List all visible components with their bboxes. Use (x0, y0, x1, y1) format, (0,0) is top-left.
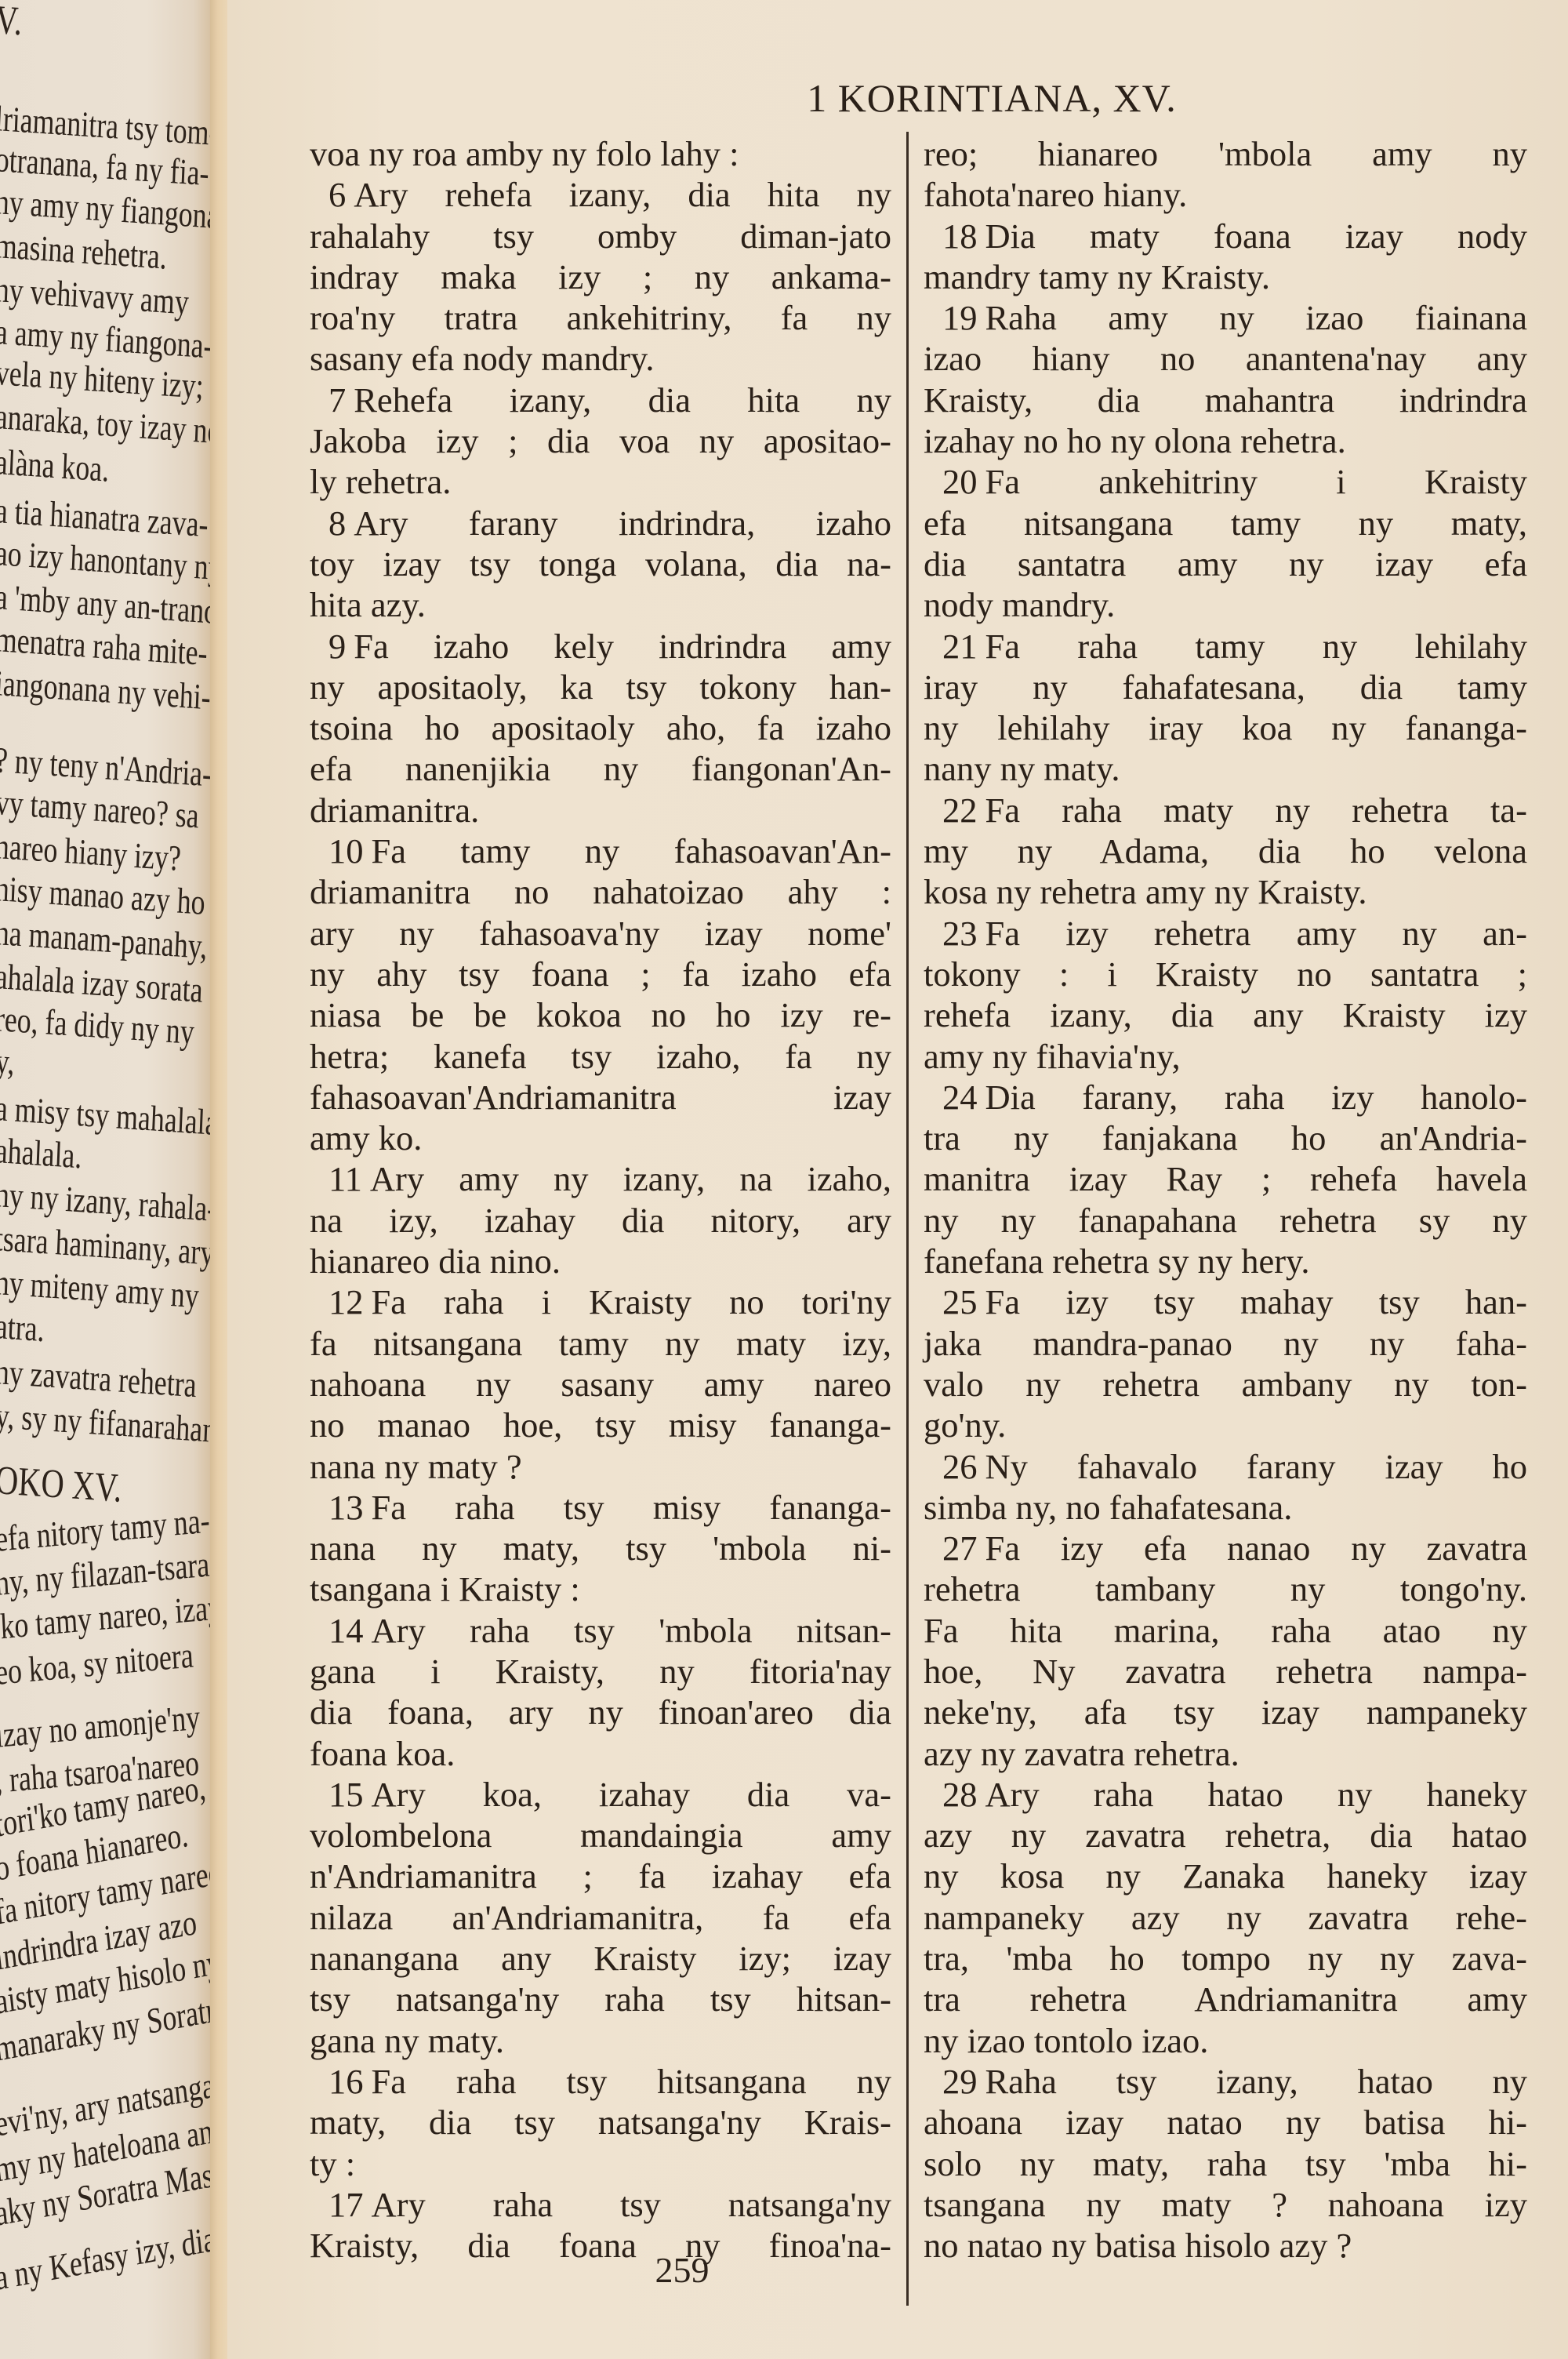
facing-page-line: anaraka, toy izay no (0, 398, 210, 449)
text-line: valo ny rehetra ambany ny ton- (924, 1364, 1527, 1405)
line-text: Fa hita marina, raha atao ny (924, 1611, 1527, 1650)
verse-start-line: 19Raha amy ny izao fiainana (924, 297, 1527, 338)
line-text: Fa izy tsy mahay tsy han- (985, 1282, 1528, 1321)
line-text: nilaza an'Andriamanitra, fa efa (310, 1898, 891, 1937)
text-line: reo; hianareo 'mbola amy ny (924, 133, 1527, 174)
text-line: dia foana, ary ny finoan'areo dia (310, 1692, 891, 1732)
text-line: nody mandry. (924, 584, 1527, 625)
verse-number: 20 (942, 462, 978, 501)
text-line: hianareo dia nino. (310, 1241, 891, 1281)
verse-number: 27 (942, 1528, 978, 1568)
line-text: Ary farany indrindra, izaho (354, 503, 891, 543)
line-text: amy ko. (310, 1118, 422, 1158)
line-text: driamanitra. (310, 791, 479, 830)
line-text: fahota'nareo hiany. (924, 175, 1187, 214)
text-line: efa nitsangana tamy ny maty, (924, 503, 1527, 543)
right-text-column: reo; hianareo 'mbola amy nyfahota'nareo … (924, 133, 1527, 2266)
line-text: fanefana rehetra sy ny hery. (924, 1241, 1310, 1281)
verse-start-line: 20Fa ankehitriny i Kraisty (924, 461, 1527, 502)
text-line: manitra izay Ray ; rehefa havela (924, 1158, 1527, 1199)
line-text: kosa ny rehetra amy ny Kraisty. (924, 872, 1367, 911)
line-text: Fa izy efa nanao ny zavatra (985, 1528, 1528, 1568)
line-text: ny izao tontolo izao. (924, 2021, 1208, 2060)
verse-number: 25 (942, 1282, 978, 1321)
verse-start-line: 12Fa raha i Kraisty no tori'ny (310, 1281, 891, 1322)
text-line: my ny Adama, dia ho velona (924, 831, 1527, 871)
line-text: n'Andriamanitra ; fa izahay efa (310, 1856, 891, 1896)
verse-start-line: 11Ary amy ny izany, na izaho, (310, 1158, 891, 1199)
facing-page-line: iangonana ny vehi- (0, 665, 210, 715)
line-text: Jakoba izy ; dia voa ny apositao- (310, 421, 891, 460)
verse-start-line: 9Fa izaho kely indrindra amy (310, 626, 891, 667)
verse-number: 15 (328, 1775, 364, 1814)
line-text: ny apositaoly, ka tsy tokony han- (310, 667, 891, 707)
verse-start-line: 17Ary raha tsy natsanga'ny (310, 2184, 891, 2225)
text-line: azy ny zavatra rehetra, dia hatao (924, 1815, 1527, 1856)
verse-start-line: 6Ary rehefa izany, dia hita ny (310, 174, 891, 215)
text-line: no natao ny batisa hisolo azy ? (924, 2225, 1527, 2266)
verse-start-line: 23Fa izy rehetra amy ny an- (924, 913, 1527, 954)
line-text: voa ny roa amby ny folo lahy : (310, 134, 739, 173)
facing-page-line: V. (0, 0, 23, 42)
verse-number: 17 (328, 2185, 364, 2224)
line-text: amy ny fihavia'ny, (924, 1037, 1181, 1076)
text-line: rahalahy tsy omby diman-jato (310, 216, 891, 256)
text-line: nany ny maty. (924, 748, 1527, 789)
line-text: tsoina ho apositaoly aho, fa izaho (310, 708, 891, 747)
verse-number: 14 (328, 1611, 364, 1650)
line-text: ny ahy tsy foana ; fa izaho efa (310, 954, 891, 994)
text-line: volombelona mandaingia amy (310, 1815, 891, 1856)
text-line: tokony : i Kraisty no santatra ; (924, 954, 1527, 994)
line-text: Ary raha hatao ny haneky (985, 1775, 1528, 1814)
text-line: izao hiany no anantena'nay any (924, 338, 1527, 379)
text-line: tra rehetra Andriamanitra amy (924, 1979, 1527, 2019)
page-number: 259 (564, 2249, 800, 2291)
line-text: fa nitsangana tamy ny maty izy, (310, 1324, 891, 1363)
verse-number: 7 (328, 380, 346, 420)
line-text: rahalahy tsy omby diman-jato (310, 216, 891, 256)
line-text: nahoana ny sasany amy nareo (310, 1365, 891, 1404)
line-text: efa nitsangana tamy ny maty, (924, 503, 1527, 543)
line-text: indray maka izy ; ny ankama- (310, 257, 891, 296)
text-line: foana koa. (310, 1733, 891, 1774)
line-text: sasany efa nody mandry. (310, 339, 655, 378)
line-text: Fa raha tsy hitsangana ny (372, 2062, 892, 2101)
line-text: gana ny maty. (310, 2021, 504, 2060)
line-text: rehetra tambany ny tongo'ny. (924, 1569, 1527, 1608)
verse-number: 16 (328, 2062, 364, 2101)
line-text: Fa raha tamy ny lehilahy (985, 627, 1528, 666)
text-line: tra, 'mba ho tompo ny ny zava- (924, 1938, 1527, 1979)
line-text: niasa be be kokoa no ho izy re- (310, 995, 891, 1034)
line-text: ny kosa ny Zanaka haneky izay (924, 1856, 1527, 1896)
text-line: roa'ny tratra ankehitriny, fa ny (310, 297, 891, 338)
line-text: toy izay tsy tonga volana, dia na- (310, 544, 891, 583)
text-line: jaka mandra-panao ny ny faha- (924, 1323, 1527, 1364)
verse-start-line: 21Fa raha tamy ny lehilahy (924, 626, 1527, 667)
text-line: ny lehilahy iray koa ny fananga- (924, 707, 1527, 748)
line-text: Ary amy ny izany, na izaho, (370, 1159, 891, 1198)
line-text: foana koa. (310, 1734, 455, 1773)
facing-page-line: eo koa, sy nitoera (0, 1637, 194, 1691)
line-text: tsy natsanga'ny raha tsy hitsan- (310, 1979, 891, 2019)
text-line: Kraisty, dia mahantra indrindra (924, 380, 1527, 420)
line-text: efa nanenjikia ny fiangonan'An- (310, 749, 891, 788)
line-text: ty : (310, 2144, 355, 2183)
text-line: izahay no ho ny olona rehetra. (924, 420, 1527, 461)
text-line: rehetra tambany ny tongo'ny. (924, 1568, 1527, 1609)
line-text: hoe, Ny zavatra rehetra nampa- (924, 1652, 1527, 1691)
text-line: go'ny. (924, 1405, 1527, 1445)
text-line: ly rehetra. (310, 461, 891, 502)
line-text: hianareo dia nino. (310, 1241, 561, 1281)
text-line: driamanitra. (310, 790, 891, 831)
facing-page-line: vy tamy nareo? sa (0, 784, 200, 834)
line-text: my ny Adama, dia ho velona (924, 831, 1527, 871)
verse-start-line: 10Fa tamy ny fahasoavan'An- (310, 831, 891, 871)
line-text: Rehefa izany, dia hita ny (354, 380, 891, 420)
text-line: n'Andriamanitra ; fa izahay efa (310, 1856, 891, 1896)
line-text: ahoana izay natao ny batisa hi- (924, 2103, 1527, 2142)
line-text: nampaneky azy ny zavatra rehe- (924, 1898, 1527, 1937)
line-text: dia foana, ary ny finoan'areo dia (310, 1692, 891, 1732)
verse-number: 18 (942, 216, 978, 256)
verse-number: 29 (942, 2062, 978, 2101)
text-line: nana ny maty, tsy 'mbola ni- (310, 1528, 891, 1568)
line-text: Kraisty, dia mahantra indrindra (924, 380, 1527, 420)
line-text: rehefa izany, dia any Kraisty izy (924, 995, 1527, 1034)
text-line: nana ny maty ? (310, 1446, 891, 1487)
facing-page-line: y, sy ny fifanarahana (0, 1398, 210, 1449)
line-text: jaka mandra-panao ny ny faha- (924, 1324, 1527, 1363)
text-line: dia santatra amy ny izay efa (924, 543, 1527, 584)
text-line: ty : (310, 2143, 891, 2184)
line-text: nany ny maty. (924, 749, 1120, 788)
text-line: simba ny, no fahafatesana. (924, 1487, 1527, 1528)
verse-start-line: 16Fa raha tsy hitsangana ny (310, 2061, 891, 2102)
text-line: tsangana ny maty ? nahoana izy (924, 2184, 1527, 2225)
text-line: indray maka izy ; ny ankama- (310, 256, 891, 297)
line-text: Fa raha i Kraisty no tori'ny (372, 1282, 892, 1321)
facing-page-line: ny zavatra rehetra (0, 1354, 198, 1403)
text-line: azy ny zavatra rehetra. (924, 1733, 1527, 1774)
line-text: Ny fahavalo farany izay ho (985, 1447, 1528, 1486)
line-text: simba ny, no fahafatesana. (924, 1488, 1292, 1527)
facing-page-line: y, (0, 1043, 15, 1081)
column-divider-rule (906, 132, 909, 2306)
line-text: no natao ny batisa hisolo azy ? (924, 2226, 1352, 2265)
verse-number: 21 (942, 627, 978, 666)
line-text: Fa tamy ny fahasoavan'An- (372, 831, 892, 871)
verse-start-line: 28Ary raha hatao ny haneky (924, 1774, 1527, 1815)
line-text: tokony : i Kraisty no santatra ; (924, 954, 1527, 994)
text-line: efa nanenjikia ny fiangonan'An- (310, 748, 891, 789)
line-text: ny lehilahy iray koa ny fananga- (924, 708, 1527, 747)
text-line: kosa ny rehetra amy ny Kraisty. (924, 871, 1527, 912)
line-text: neke'ny, afa tsy izay nampaneky (924, 1692, 1527, 1732)
running-head: 1 KORINTIANA, XV. (227, 75, 1568, 121)
text-line: amy ny fihavia'ny, (924, 1036, 1527, 1077)
line-text: ny ny fanapahana rehetra sy ny (924, 1201, 1527, 1240)
line-text: na izy, izahay dia nitory, ary (310, 1201, 891, 1240)
line-text: Dia maty foana izay nody (985, 216, 1528, 256)
line-text: dia santatra amy ny izay efa (924, 544, 1527, 583)
text-line: neke'ny, afa tsy izay nampaneky (924, 1692, 1527, 1732)
verse-start-line: 7Rehefa izany, dia hita ny (310, 380, 891, 420)
text-line: Jakoba izy ; dia voa ny apositao- (310, 420, 891, 461)
line-text: Raha amy ny izao fiainana (985, 298, 1528, 337)
text-line: ahoana izay natao ny batisa hi- (924, 2102, 1527, 2143)
line-text: Fa raha maty ny rehetra ta- (985, 791, 1528, 830)
line-text: go'ny. (924, 1405, 1006, 1445)
line-text: nanangana any Kraisty izy; izay (310, 1939, 891, 1978)
line-text: Fa raha tsy misy fananga- (372, 1488, 892, 1527)
line-text: ly rehetra. (310, 462, 451, 501)
line-text: tra ny fanjakana ho an'Andria- (924, 1118, 1527, 1158)
facing-page-line: nisy manao azy ho (0, 871, 206, 921)
text-line: ary ny fahasoava'ny izay nome' (310, 913, 891, 954)
line-text: reo; hianareo 'mbola amy ny (924, 134, 1527, 173)
text-line: ny ny fanapahana rehetra sy ny (924, 1200, 1527, 1241)
verse-start-line: 14Ary raha tsy 'mbola nitsan- (310, 1610, 891, 1651)
facing-page-partial: V.lriamanitra tsy tom-otranana, fa ny fi… (0, 0, 210, 2359)
facing-page-line: ahalala. (0, 1132, 82, 1174)
verse-number: 10 (328, 831, 364, 871)
verse-number: 26 (942, 1447, 978, 1486)
verse-number: 9 (328, 627, 346, 666)
facing-page-line: masina rehetra. (0, 227, 168, 275)
line-text: Ary rehefa izany, dia hita ny (354, 175, 891, 214)
text-line: nilaza an'Andriamanitra, fa efa (310, 1897, 891, 1938)
text-line: nahoana ny sasany amy nareo (310, 1364, 891, 1405)
line-text: tra, 'mba ho tompo ny ny zava- (924, 1939, 1527, 1978)
text-line: ny kosa ny Zanaka haneky izay (924, 1856, 1527, 1896)
text-line: sasany efa nody mandry. (310, 338, 891, 379)
line-text: Ary koa, izahay dia va- (372, 1775, 892, 1814)
facing-page-line: ny miteny amy ny (0, 1264, 200, 1314)
verse-start-line: 18Dia maty foana izay nody (924, 216, 1527, 256)
verse-start-line: 24Dia farany, raha izy hanolo- (924, 1077, 1527, 1118)
verse-start-line: 26Ny fahavalo farany izay ho (924, 1446, 1527, 1487)
line-text: izao hiany no anantena'nay any (924, 339, 1527, 378)
line-text: hita azy. (310, 585, 426, 624)
verse-number: 28 (942, 1775, 978, 1814)
text-line: gana i Kraisty, ny fitoria'nay (310, 1651, 891, 1692)
text-line: tsy natsanga'ny raha tsy hitsan- (310, 1979, 891, 2019)
text-line: toy izay tsy tonga volana, dia na- (310, 543, 891, 584)
book-gutter (210, 0, 227, 2359)
verse-number: 22 (942, 791, 978, 830)
verse-start-line: 29Raha tsy izany, hatao ny (924, 2061, 1527, 2102)
facing-page-line: na manam-panahy, (0, 914, 208, 965)
line-text: azy ny zavatra rehetra, dia hatao (924, 1816, 1527, 1855)
text-line: maty, dia tsy natsanga'ny Krais- (310, 2102, 891, 2143)
text-line: no manao hoe, tsy misy fananga- (310, 1405, 891, 1445)
text-line: tsangana i Kraisty : (310, 1568, 891, 1609)
text-line: Fa hita marina, raha atao ny (924, 1610, 1527, 1651)
facing-page-line: tsara haminany, ary (0, 1220, 210, 1271)
line-text: Dia farany, raha izy hanolo- (985, 1078, 1528, 1117)
verse-number: 12 (328, 1282, 364, 1321)
line-text: Fa ankehitriny i Kraisty (985, 462, 1528, 501)
main-page: 1 KORINTIANA, XV. voa ny roa amby ny fol… (227, 0, 1568, 2359)
text-line: tsoina ho apositaoly aho, fa izaho (310, 707, 891, 748)
text-line: iray ny fahafatesana, dia tamy (924, 667, 1527, 707)
text-line: fahota'nareo hiany. (924, 174, 1527, 215)
text-line: nampaneky azy ny zavatra rehe- (924, 1897, 1527, 1938)
line-text: mandry tamy ny Kraisty. (924, 257, 1270, 296)
line-text: driamanitra no nahatoizao ahy : (310, 872, 891, 911)
text-line: niasa be be kokoa no ho izy re- (310, 994, 891, 1035)
facing-page-line: nareo hiany izy? (0, 828, 182, 877)
line-text: Raha tsy izany, hatao ny (985, 2062, 1528, 2101)
verse-number: 13 (328, 1488, 364, 1527)
facing-page-line: a ny Kefasy izy, dia (0, 2221, 210, 2296)
verse-start-line: 15Ary koa, izahay dia va- (310, 1774, 891, 1815)
line-text: roa'ny tratra ankehitriny, fa ny (310, 298, 891, 337)
text-line: ny apositaoly, ka tsy tokony han- (310, 667, 891, 707)
text-line: hita azy. (310, 584, 891, 625)
line-text: Ary raha tsy natsanga'ny (372, 2185, 892, 2224)
text-line: nanangana any Kraisty izy; izay (310, 1938, 891, 1979)
facing-page-line: alàna koa. (0, 444, 110, 488)
verse-number: 24 (942, 1078, 978, 1117)
facing-page-line: reo, fa didy ny ny (0, 1001, 195, 1050)
line-text: tsangana ny maty ? nahoana izy (924, 2185, 1527, 2224)
line-text: solo ny maty, raha tsy 'mba hi- (924, 2144, 1527, 2183)
line-text: tsangana i Kraisty : (310, 1569, 580, 1608)
line-text: maty, dia tsy natsanga'ny Krais- (310, 2103, 891, 2142)
text-line: na izy, izahay dia nitory, ary (310, 1200, 891, 1241)
text-line: hetra; kanefa tsy izaho, fa ny (310, 1036, 891, 1077)
text-line: fanefana rehetra sy ny hery. (924, 1241, 1527, 1281)
line-text: manitra izay Ray ; rehefa havela (924, 1159, 1527, 1198)
line-text: izahay no ho ny olona rehetra. (924, 421, 1346, 460)
text-line: tra ny fanjakana ho an'Andria- (924, 1118, 1527, 1158)
text-line: ny izao tontolo izao. (924, 2020, 1527, 2061)
verse-number: 19 (942, 298, 978, 337)
text-line: amy ko. (310, 1118, 891, 1158)
verse-start-line: 13Fa raha tsy misy fananga- (310, 1487, 891, 1528)
text-line: gana ny maty. (310, 2020, 891, 2061)
verse-start-line: 27Fa izy efa nanao ny zavatra (924, 1528, 1527, 1568)
text-line: hoe, Ny zavatra rehetra nampa- (924, 1651, 1527, 1692)
line-text: tra rehetra Andriamanitra amy (924, 1979, 1527, 2019)
line-text: valo ny rehetra ambany ny ton- (924, 1365, 1527, 1404)
line-text: volombelona mandaingia amy (310, 1816, 891, 1855)
text-line: driamanitra no nahatoizao ahy : (310, 871, 891, 912)
line-text: gana i Kraisty, ny fitoria'nay (310, 1652, 891, 1691)
line-text: azy ny zavatra rehetra. (924, 1734, 1240, 1773)
text-line: ny ahy tsy foana ; fa izaho efa (310, 954, 891, 994)
line-text: Fa izaho kely indrindra amy (354, 627, 891, 666)
verse-number: 6 (328, 175, 346, 214)
line-text: nana ny maty ? (310, 1447, 522, 1486)
line-text: iray ny fahafatesana, dia tamy (924, 667, 1527, 707)
verse-number: 11 (328, 1159, 362, 1198)
line-text: fahasoavan'Andriamanitra izay (310, 1078, 891, 1117)
line-text: nana ny maty, tsy 'mbola ni- (310, 1528, 891, 1568)
verse-start-line: 8Ary farany indrindra, izaho (310, 503, 891, 543)
verse-start-line: 22Fa raha maty ny rehetra ta- (924, 790, 1527, 831)
text-line: rehefa izany, dia any Kraisty izy (924, 994, 1527, 1035)
text-line: fa nitsangana tamy ny maty izy, (310, 1323, 891, 1364)
text-line: fahasoavan'Andriamanitra izay (310, 1077, 891, 1118)
facing-page-line: atra. (0, 1308, 45, 1347)
text-line: mandry tamy ny Kraisty. (924, 256, 1527, 297)
line-text: hetra; kanefa tsy izaho, fa ny (310, 1037, 891, 1076)
facing-page-line: OKO XV. (0, 1460, 122, 1510)
line-text: ary ny fahasoava'ny izay nome' (310, 914, 891, 953)
verse-number: 8 (328, 503, 346, 543)
verse-number: 23 (942, 914, 978, 953)
line-text: no manao hoe, tsy misy fananga- (310, 1405, 891, 1445)
left-text-column: voa ny roa amby ny folo lahy :6Ary rehef… (310, 133, 891, 2266)
line-text: Ary raha tsy 'mbola nitsan- (372, 1611, 892, 1650)
verse-start-line: 25Fa izy tsy mahay tsy han- (924, 1281, 1527, 1322)
line-text: Fa izy rehetra amy ny an- (985, 914, 1528, 953)
text-line: solo ny maty, raha tsy 'mba hi- (924, 2143, 1527, 2184)
line-text: nody mandry. (924, 585, 1115, 624)
text-line: voa ny roa amby ny folo lahy : (310, 133, 891, 174)
